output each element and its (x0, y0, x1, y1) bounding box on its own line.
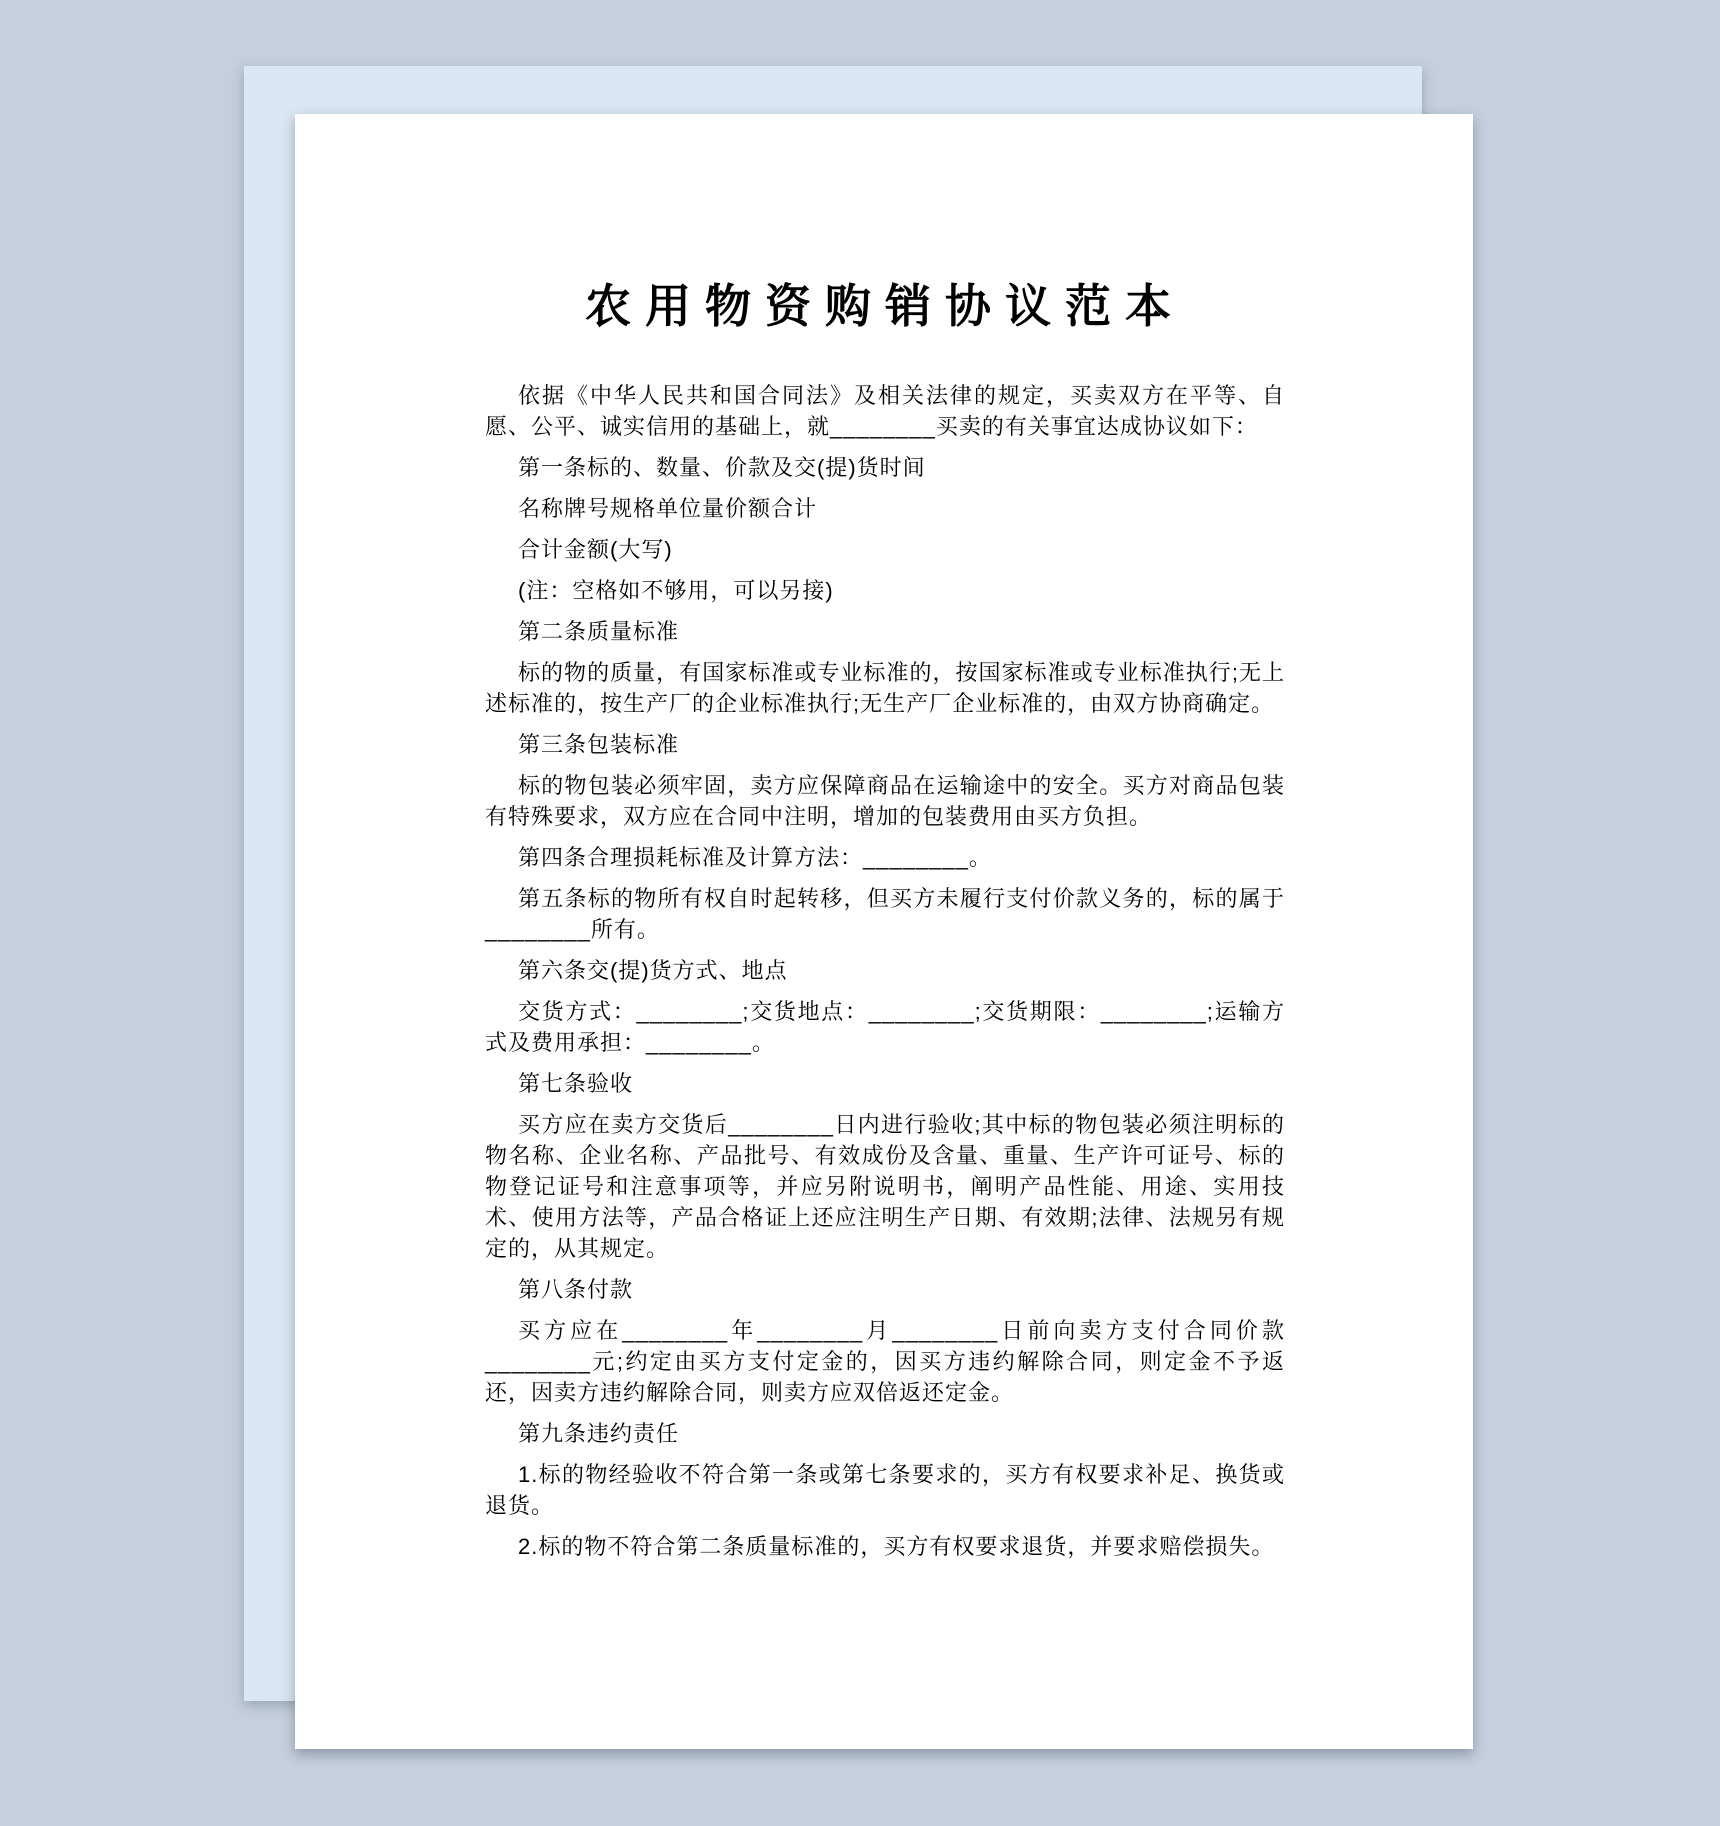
paragraph: 第一条标的、数量、价款及交(提)货时间 (485, 452, 1285, 483)
paragraph: 交货方式：________;交货地点：________;交货期限：_______… (485, 996, 1285, 1058)
desk-background: 农用物资购销协议范本 依据《中华人民共和国合同法》及相关法律的规定，买卖双方在平… (0, 0, 1720, 1826)
paragraph: (注：空格如不够用，可以另接) (485, 575, 1285, 606)
document-body: 依据《中华人民共和国合同法》及相关法律的规定，买卖双方在平等、自愿、公平、诚实信… (485, 380, 1285, 1562)
paragraph: 标的物的质量，有国家标准或专业标准的，按国家标准或专业标准执行;无上述标准的，按… (485, 657, 1285, 719)
paragraph: 标的物包装必须牢固，卖方应保障商品在运输途中的安全。买方对商品包装有特殊要求，双… (485, 770, 1285, 832)
paragraph: 买方应在________年________月________日前向卖方支付合同价… (485, 1315, 1285, 1408)
document-title: 农用物资购销协议范本 (485, 270, 1285, 336)
paragraph: 名称牌号规格单位量价额合计 (485, 493, 1285, 524)
paragraph: 依据《中华人民共和国合同法》及相关法律的规定，买卖双方在平等、自愿、公平、诚实信… (485, 380, 1285, 442)
paragraph: 1.标的物经验收不符合第一条或第七条要求的，买方有权要求补足、换货或退货。 (485, 1459, 1285, 1521)
paragraph: 第三条包装标准 (485, 729, 1285, 760)
paragraph: 第四条合理损耗标准及计算方法：________。 (485, 842, 1285, 873)
paragraph: 第八条付款 (485, 1274, 1285, 1305)
paragraph: 第七条验收 (485, 1068, 1285, 1099)
paragraph: 第五条标的物所有权自时起转移，但买方未履行支付价款义务的，标的属于_______… (485, 883, 1285, 945)
paragraph: 第九条违约责任 (485, 1418, 1285, 1449)
paragraph: 第二条质量标准 (485, 616, 1285, 647)
paragraph: 合计金额(大写) (485, 534, 1285, 565)
paragraph: 第六条交(提)货方式、地点 (485, 955, 1285, 986)
paragraph: 2.标的物不符合第二条质量标准的，买方有权要求退货，并要求赔偿损失。 (485, 1531, 1285, 1562)
paragraph: 买方应在卖方交货后________日内进行验收;其中标的物包装必须注明标的物名称… (485, 1109, 1285, 1264)
document-page: 农用物资购销协议范本 依据《中华人民共和国合同法》及相关法律的规定，买卖双方在平… (295, 114, 1473, 1749)
